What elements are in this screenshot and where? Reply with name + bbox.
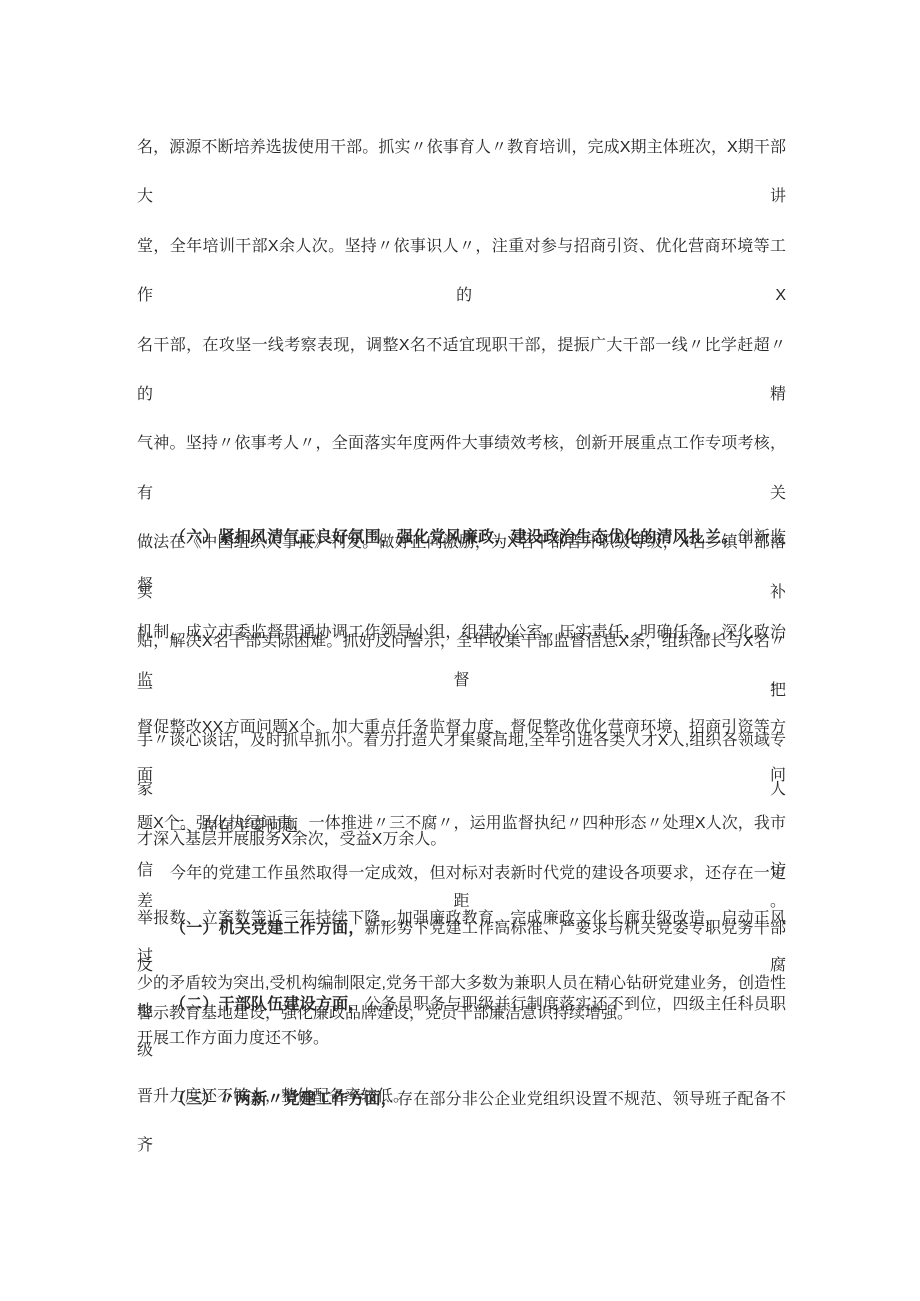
section-six-lead: （六）紧扣风清气正良好氛围，强化党风廉政，建设政治生态优化的清风扎兰。 (170, 529, 738, 546)
item-two-lead: （二）干部队伍建设方面， (170, 996, 365, 1013)
section-heading-problems: 二、存在主要问题 (137, 812, 786, 842)
text-line: （三）〃两新〃党建工作方面，存在部分非公企业党组织设置不规范、领导班子配备不齐 (137, 1077, 786, 1169)
text-line: 气神。坚持〃依事考人〃，全面落实年度两件大事绩效考核，创新开展重点工作专项考核，… (137, 419, 786, 518)
paragraph-item-three: （三）〃两新〃党建工作方面，存在部分非公企业党组织设置不规范、领导班子配备不齐 (137, 1077, 786, 1169)
item-one-lead: （一）机关党建工作方面， (170, 920, 365, 937)
text-line: 堂，全年培训干部X余人次。坚持〃依事识人〃，注重对参与招商引资、优化营商环境等工… (137, 222, 786, 321)
document-page: 名，源源不断培养选拔使用干部。抓实〃依事育人〃教育培训，完成X期主体班次，X期干… (0, 0, 920, 1301)
text-line: （六）紧扣风清气正良好氛围，强化党风廉政，建设政治生态优化的清风扎兰。创新监督 (137, 514, 786, 609)
text-line: （一）机关党建工作方面，新形势下党建工作高标准、严要求与机关党委专职党务干部过 (137, 915, 786, 970)
text-line: 督促整改XX方面问题X个。加大重点任务监督力度，督促整改优化营商环境、招商引资等… (137, 704, 786, 799)
text-line: 机制，成立市委监督贯通协调工作领导小组，组建办公室，压实责任、明确任务。深化政治… (137, 609, 786, 704)
text-line: 名干部，在攻坚一线考察表现，调整X名不适宜现职干部，提振广大干部一线〃比学赶超〃… (137, 321, 786, 420)
item-three-lead: （三）〃两新〃党建工作方面， (170, 1091, 397, 1108)
text-line: （二）干部队伍建设方面，公务员职务与职级并行制度落实还不到位，四级主任科员职级 (137, 982, 786, 1074)
text-line: 今年的党建工作虽然取得一定成效，但对标对表新时代党的建设各项要求，还存在一定差距… (137, 860, 786, 915)
text-line: 名，源源不断培养选拔使用干部。抓实〃依事育人〃教育培训，完成X期主体班次，X期干… (137, 123, 786, 222)
heading-text: 二、存在主要问题 (137, 812, 786, 842)
